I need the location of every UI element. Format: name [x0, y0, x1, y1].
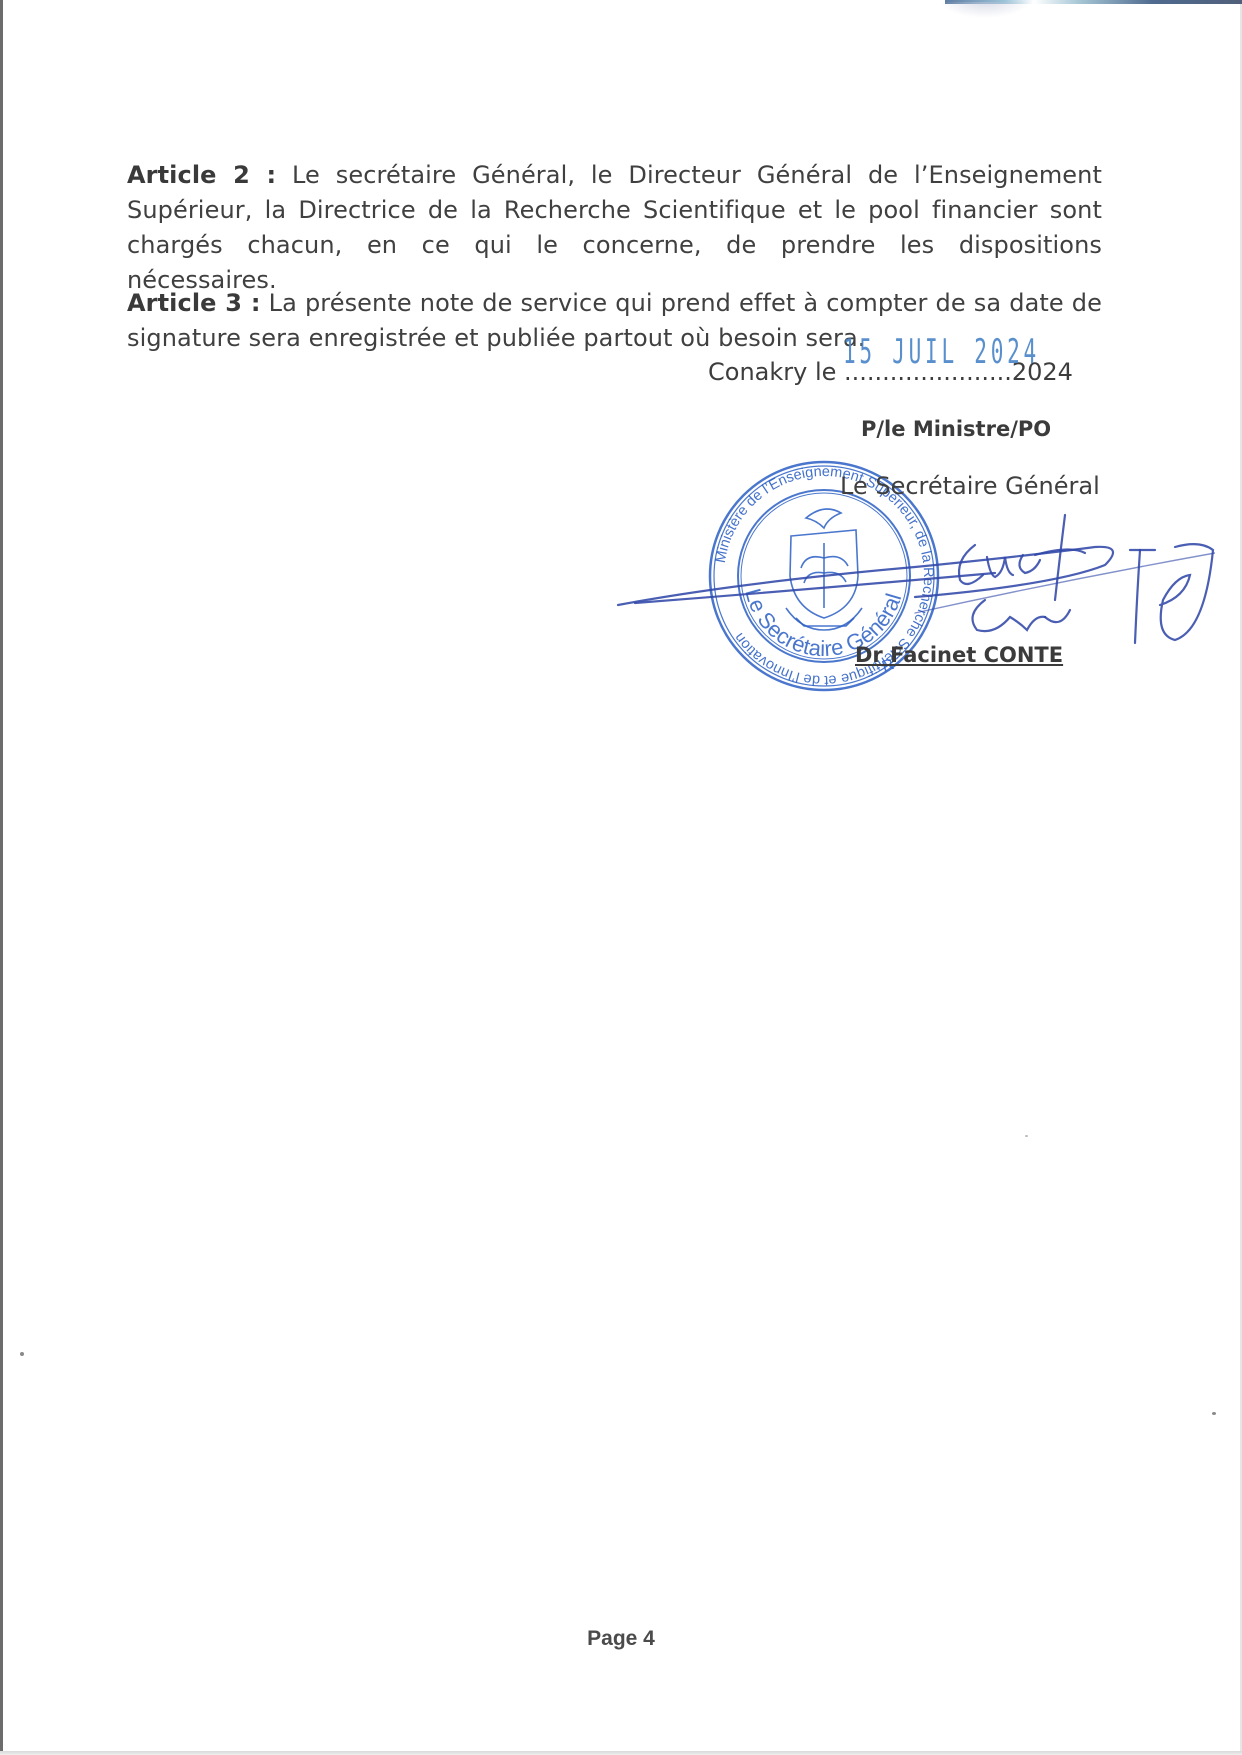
- scan-speck: [1025, 1135, 1028, 1137]
- handwritten-signature-icon: [615, 505, 1215, 655]
- article-3-label: Article 3 :: [127, 289, 261, 317]
- scan-border-bottom: [0, 1751, 1242, 1755]
- scan-border-left: [0, 0, 3, 1752]
- place-date-prefix: Conakry le: [708, 358, 836, 386]
- signatory-name: Dr Facinet CONTE: [855, 643, 1063, 667]
- signatory-role: P/le Ministre/PO: [861, 417, 1051, 441]
- article-2-label: Article 2 :: [127, 161, 276, 189]
- signatory-title: Le Secrétaire Général: [840, 472, 1100, 500]
- scan-speck: [20, 1352, 24, 1356]
- date-stamp: 15 JUIL 2024: [843, 332, 1040, 372]
- page-number: Page 4: [0, 1627, 1242, 1651]
- scan-shadow: [940, 2, 1030, 18]
- article-2: Article 2 : Le secrétaire Général, le Di…: [127, 158, 1102, 298]
- scan-speck: [1212, 1412, 1216, 1415]
